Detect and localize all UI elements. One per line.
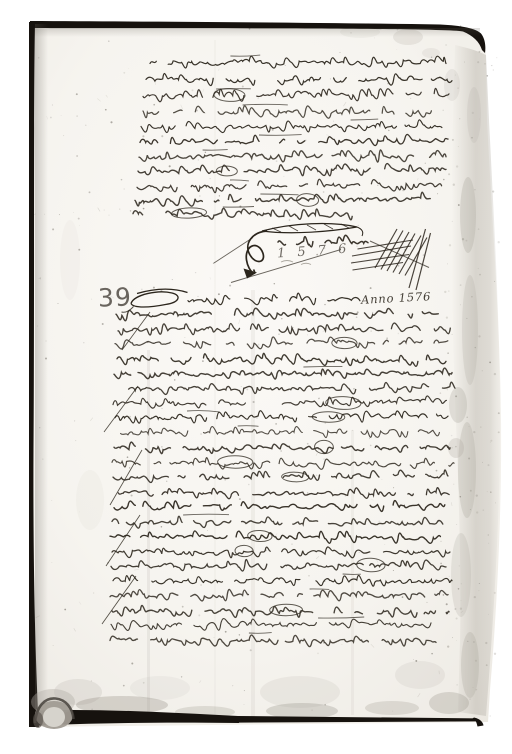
finger-shadow-bottom-left	[31, 689, 75, 729]
left-inner-shadow	[35, 24, 48, 724]
manuscript-scan-image	[0, 0, 512, 754]
scanned-manuscript-page: 39 1 5 7 6 Anno 1576	[0, 0, 512, 754]
top-inner-shadow	[30, 28, 480, 37]
